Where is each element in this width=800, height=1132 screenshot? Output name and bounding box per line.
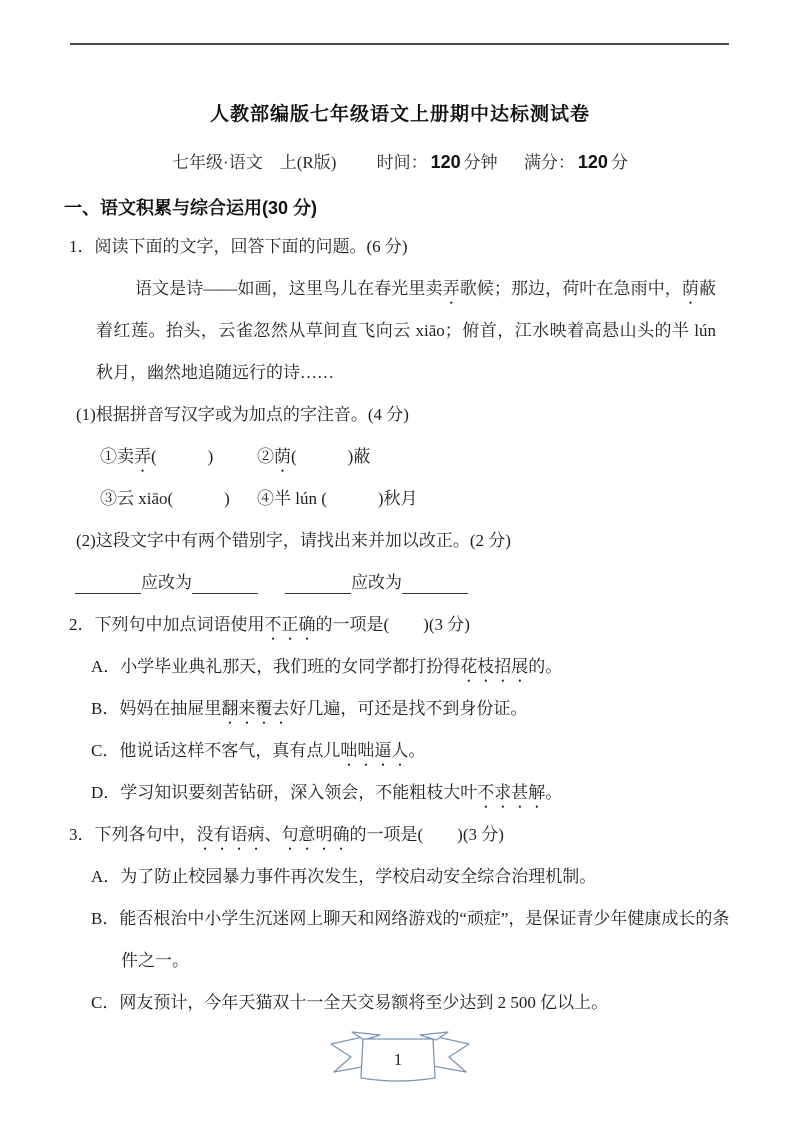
answer-blank: [75, 593, 141, 594]
pinyin-item-1: ①卖弄( ): [100, 436, 257, 478]
question-2-option-c: C．他说话这样不客气，真有点儿咄咄逼人。: [91, 730, 740, 772]
course-label: 七年级·语文 上(R版): [172, 153, 336, 172]
question-3-stem: 3．下列各句中，没有语病、句意明确的一项是( )(3 分): [64, 814, 740, 856]
test-paper-page: 人教部编版七年级语文上册期中达标测试卷 七年级·语文 上(R版) 时间：120分…: [0, 0, 800, 1132]
option-label: A．: [91, 657, 120, 676]
question-3-option-b: B．能否根治中小学生沉迷网上聊天和网络游戏的“顽症”，是保证青少年健康成长的条件…: [91, 898, 740, 982]
option-text: 妈妈在抽屉里翻来覆去好几遍，可还是找不到身份证。: [119, 699, 527, 718]
page-title: 人教部编版七年级语文上册期中达标测试卷: [0, 99, 800, 126]
option-label: C．: [91, 741, 119, 760]
paper-body: 1．阅读下面的文字，回答下面的问题。(6 分) 语文是诗——如画，这里鸟儿在春光…: [64, 226, 740, 1024]
change-to-label: 应改为: [351, 573, 402, 592]
pinyin-item-4: ④半 lún ( )秋月: [257, 478, 418, 520]
paper-subtitle: 七年级·语文 上(R版) 时间：120分钟 满分：120分: [0, 148, 800, 173]
option-label: B．: [91, 699, 119, 718]
pinyin-item-2: ②荫( )蔽: [257, 436, 370, 478]
page-number: 1: [394, 1050, 403, 1069]
option-text: 他说话这样不客气，真有点儿咄咄逼人。: [119, 741, 425, 760]
score-value: 120: [575, 152, 611, 172]
option-label: A．: [91, 867, 120, 886]
answer-blank: [402, 593, 468, 594]
pinyin-item-3: ③云 xiāo( ): [100, 478, 257, 520]
question-1-stem: 1．阅读下面的文字，回答下面的问题。(6 分): [64, 226, 740, 268]
section-1-heading: 一、语文积累与综合运用(30 分): [64, 194, 317, 220]
page-number-ribbon-icon: 1: [328, 1026, 472, 1084]
answer-blank: [192, 593, 258, 594]
time-value: 120: [428, 152, 464, 172]
time-info: 时间：120分钟: [377, 153, 498, 172]
option-label: B．: [91, 909, 119, 928]
pinyin-row-2: ③云 xiāo( ) ④半 lún ( )秋月: [64, 478, 740, 520]
option-text: 小学毕业典礼那天，我们班的女同学都打扮得花枝招展的。: [120, 657, 562, 676]
correction-blanks-line: 应改为应改为: [64, 562, 740, 604]
option-text: 能否根治中小学生沉迷网上聊天和网络游戏的“顽症”，是保证青少年健康成长的条件之一…: [119, 909, 729, 970]
option-text: 学习知识要刻苦钻研，深入领会，不能粗枝大叶不求甚解。: [120, 783, 562, 802]
pinyin-row-1: ①卖弄( ) ②荫( )蔽: [64, 436, 740, 478]
option-text: 网友预计，今年天猫双十一全天交易额将至少达到 2 500 亿以上。: [119, 993, 608, 1012]
question-3-option-c: C．网友预计，今年天猫双十一全天交易额将至少达到 2 500 亿以上。: [91, 982, 740, 1024]
option-label: D．: [91, 783, 120, 802]
question-1-sub1-label: (1)根据拼音写汉字或为加点的字注音。(4 分): [64, 394, 740, 436]
question-2-option-a: A．小学毕业典礼那天，我们班的女同学都打扮得花枝招展的。: [91, 646, 740, 688]
answer-blank: [285, 593, 351, 594]
question-2-option-b: B．妈妈在抽屉里翻来覆去好几遍，可还是找不到身份证。: [91, 688, 740, 730]
header-rule: [70, 43, 729, 45]
option-text: 为了防止校园暴力事件再次发生，学校启动安全综合治理机制。: [120, 867, 596, 886]
question-1-sub2-label: (2)这段文字中有两个错别字，请找出来并加以改正。(2 分): [64, 520, 740, 562]
question-1-passage: 语文是诗——如画，这里鸟儿在春光里卖弄歌候；那边，荷叶在急雨中，荫蔽着红莲。抬头…: [96, 268, 716, 394]
question-2-option-d: D．学习知识要刻苦钻研，深入领会，不能粗枝大叶不求甚解。: [91, 772, 740, 814]
change-to-label: 应改为: [141, 573, 192, 592]
question-3-option-a: A．为了防止校园暴力事件再次发生，学校启动安全综合治理机制。: [91, 856, 740, 898]
score-info: 满分：120分: [524, 153, 628, 172]
question-2-stem: 2．下列句中加点词语使用不正确的一项是( )(3 分): [64, 604, 740, 646]
option-label: C．: [91, 993, 119, 1012]
